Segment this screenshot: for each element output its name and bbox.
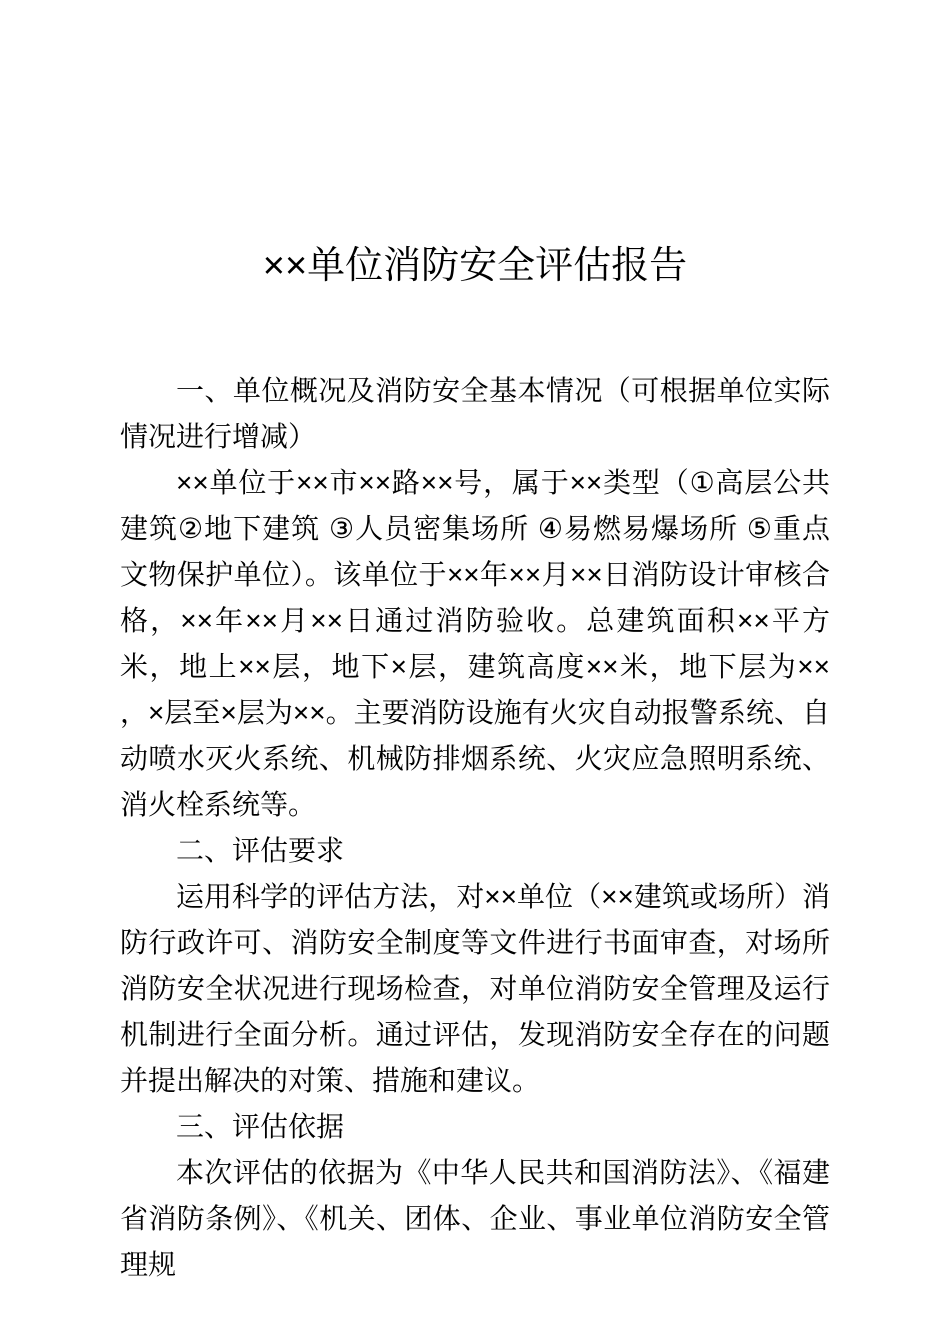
document-page: ××单位消防安全评估报告 一、单位概况及消防安全基本情况（可根据单位实际情况进行… bbox=[0, 0, 950, 1344]
section-1-heading: 一、单位概况及消防安全基本情况（可根据单位实际情况进行增减） bbox=[120, 368, 830, 460]
section-3-heading: 三、评估依据 bbox=[120, 1104, 830, 1150]
section-1-body: ××单位于××市××路××号，属于××类型（①高层公共建筑②地下建筑 ③人员密集… bbox=[120, 460, 830, 828]
document-title: ××单位消防安全评估报告 bbox=[120, 243, 830, 289]
section-3-body: 本次评估的依据为《中华人民共和国消防法》、《福建省消防条例》、《机关、团体、企业… bbox=[120, 1150, 830, 1288]
section-2-body: 运用科学的评估方法，对××单位（××建筑或场所）消防行政许可、消防安全制度等文件… bbox=[120, 874, 830, 1104]
section-2-heading: 二、评估要求 bbox=[120, 828, 830, 874]
